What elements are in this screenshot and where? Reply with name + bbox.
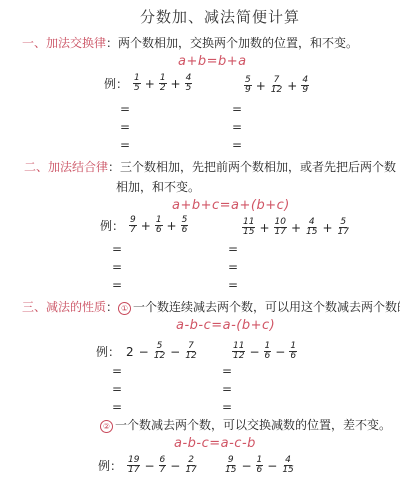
section-3-sub2-formula: a-b-c=a-c-b (174, 436, 256, 451)
example-label: 例： (98, 457, 122, 474)
step-equals: = (112, 278, 122, 292)
fraction: 49 (301, 76, 309, 95)
step-equals: = (232, 102, 242, 116)
step-equals: = (228, 260, 238, 274)
fraction: 1017 (274, 218, 287, 237)
fraction: 517 (337, 218, 350, 237)
section-3-heading: 减法的性质 (46, 300, 106, 314)
step-equals: = (112, 260, 122, 274)
example-label: 例： (96, 343, 120, 360)
section-2-description-line-2: 相加，和不变。 (116, 178, 200, 195)
fraction: 12 (159, 74, 167, 93)
section-3-sub2-header: ②一个数减去两个数，可以交换减数的位置，差不变。 (100, 416, 391, 433)
fraction: 67 (159, 456, 167, 475)
step-equals: = (112, 242, 122, 256)
fraction: 915 (224, 456, 237, 475)
fraction: 512 (153, 342, 166, 361)
section-2-description-line-1: ：三个数相加，先把前两个数相加，或者先把后两个数 (108, 160, 396, 174)
fraction: 712 (184, 342, 197, 361)
fraction: 59 (244, 76, 252, 95)
section-1-example-1: 例： 15 + 12 + 45 (104, 74, 192, 93)
section-3-sub2-example-2: 915 − 16 − 415 (224, 456, 295, 475)
section-1-number: 一、 (22, 36, 46, 50)
fraction: 415 (281, 456, 294, 475)
fraction: 1917 (127, 456, 140, 475)
step-equals: = (120, 138, 130, 152)
step-equals: = (232, 120, 242, 134)
fraction: 56 (181, 216, 189, 235)
fraction: 16 (264, 342, 272, 361)
section-1-description: ：两个数相加，交换两个加数的位置，和不变。 (106, 36, 358, 50)
fraction: 1115 (242, 218, 255, 237)
step-equals: = (120, 120, 130, 134)
step-equals: = (112, 382, 122, 396)
step-equals: = (222, 364, 232, 378)
step-equals: = (112, 364, 122, 378)
section-3-header: 三、减法的性质：①一个数连续减去两个数，可以用这个数减去两个数的和。 (22, 298, 400, 315)
section-2-example-2: 1115 + 1017 + 415 + 517 (242, 218, 350, 237)
fraction: 15 (133, 74, 141, 93)
step-equals: = (222, 400, 232, 414)
section-1-formula: a+b=b+a (178, 54, 247, 69)
example-label: 例： (100, 217, 124, 234)
fraction: 97 (129, 216, 137, 235)
step-equals: = (232, 138, 242, 152)
step-equals: = (228, 278, 238, 292)
fraction: 16 (256, 456, 264, 475)
fraction: 16 (289, 342, 297, 361)
marker-1-icon: ① (118, 302, 131, 315)
whole-number: 2 (126, 345, 134, 359)
section-3-number: 三、 (22, 300, 46, 314)
fraction: 16 (155, 216, 163, 235)
section-3-sub2-description: 一个数减去两个数，可以交换减数的位置，差不变。 (115, 418, 391, 432)
section-3-sub1-formula: a-b-c=a-(b+c) (176, 318, 275, 333)
section-2-example-1: 例： 97 + 16 + 56 (100, 216, 188, 235)
section-1-header: 一、加法交换律：两个数相加，交换两个加数的位置，和不变。 (22, 34, 358, 51)
section-3-sub2-example-1: 例： 1917 − 67 − 217 (98, 456, 198, 475)
marker-2-icon: ② (100, 420, 113, 433)
fraction: 415 (305, 218, 318, 237)
step-equals: = (120, 102, 130, 116)
section-2-heading: 加法结合律 (48, 160, 108, 174)
section-3-example-1: 例： 2 − 512 − 712 (96, 342, 198, 361)
fraction: 1112 (232, 342, 245, 361)
fraction: 217 (184, 456, 197, 475)
section-3-example-2: 1112 − 16 − 16 (232, 342, 297, 361)
step-equals: = (112, 400, 122, 414)
fraction: 712 (270, 76, 283, 95)
step-equals: = (222, 382, 232, 396)
section-3-sub1-description: 一个数连续减去两个数，可以用这个数减去两个数的和。 (133, 300, 400, 314)
example-label: 例： (104, 75, 128, 92)
section-2-header: 二、加法结合律：三个数相加，先把前两个数相加，或者先把后两个数 (24, 158, 396, 175)
section-2-number: 二、 (24, 160, 48, 174)
page-title: 分数加、减法简便计算 (140, 6, 300, 27)
fraction: 45 (185, 74, 193, 93)
step-equals: = (228, 242, 238, 256)
section-2-formula: a+b+c=a+(b+c) (172, 198, 290, 213)
section-1-heading: 加法交换律 (46, 36, 106, 50)
section-1-example-2: 59 + 712 + 49 (244, 76, 309, 95)
